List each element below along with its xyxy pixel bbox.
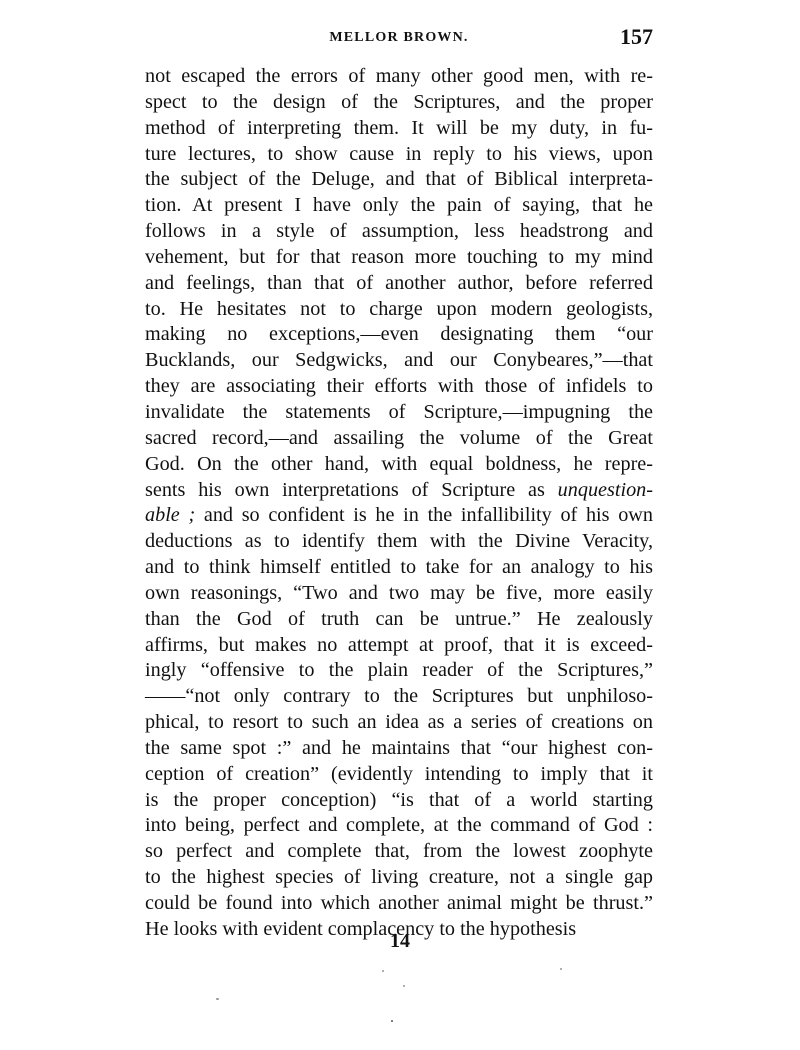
text-line: making no exceptions,—even designating t… — [145, 322, 653, 348]
text-line: follows in a style of assumption, less h… — [145, 219, 653, 245]
signature-mark: 14 — [0, 930, 800, 953]
text-line: ——“not only contrary to the Scriptures b… — [145, 684, 653, 710]
text-line: tion. At present I have only the pain of… — [145, 193, 653, 219]
text-line: ture lectures, to show cause in reply to… — [145, 142, 653, 168]
text-line: Bucklands, our Sedgwicks, and our Conybe… — [145, 348, 653, 374]
scan-speck — [391, 1020, 393, 1022]
text-line: deductions as to identify them with the … — [145, 529, 653, 555]
text-line: not escaped the errors of many other goo… — [145, 64, 653, 90]
text-line: is the proper conception) “is that of a … — [145, 788, 653, 814]
text-line: God. On the other hand, with equal boldn… — [145, 452, 653, 478]
text-line: into being, perfect and complete, at the… — [145, 813, 653, 839]
text-line: spect to the design of the Scriptures, a… — [145, 90, 653, 116]
italic-emphasis: able ; — [145, 504, 195, 526]
scan-speck — [216, 998, 219, 1000]
text-line: and to think himself entitled to take fo… — [145, 555, 653, 581]
text-line: so perfect and complete that, from the l… — [145, 839, 653, 865]
text-line: they are associating their efforts with … — [145, 374, 653, 400]
text-line: ception of creation” (evidently intendin… — [145, 762, 653, 788]
text-line: sents his own interpretations of Scriptu… — [145, 478, 653, 504]
text-line: the subject of the Deluge, and that of B… — [145, 167, 653, 193]
text-line: to. He hesitates not to charge upon mode… — [145, 297, 653, 323]
italic-emphasis: unquestion- — [558, 479, 653, 501]
text-line: own reasonings, “Two and two may be five… — [145, 581, 653, 607]
text-line: the same spot :” and he maintains that “… — [145, 736, 653, 762]
text-line: phical, to resort to such an idea as a s… — [145, 710, 653, 736]
running-head: MELLOR BROWN. — [145, 30, 653, 46]
text-line: could be found into which another animal… — [145, 891, 653, 917]
text-line: to the highest species of living creatur… — [145, 865, 653, 891]
text-line: than the God of truth can be untrue.” He… — [145, 607, 653, 633]
text-line: able ; and so confident is he in the inf… — [145, 503, 653, 529]
text-line: and feelings, than that of another autho… — [145, 271, 653, 297]
scan-speck — [382, 970, 384, 972]
text-line: invalidate the statements of Scripture,—… — [145, 400, 653, 426]
page-header: MELLOR BROWN. 157 — [145, 24, 653, 54]
text-line: method of interpreting them. It will be … — [145, 116, 653, 142]
body-text: not escaped the errors of many other goo… — [145, 64, 653, 943]
text-line: sacred record,—and assailing the volume … — [145, 426, 653, 452]
page-number: 157 — [620, 24, 653, 50]
text-line: affirms, but makes no attempt at proof, … — [145, 633, 653, 659]
scan-speck — [560, 968, 562, 970]
scan-speck — [403, 985, 405, 987]
text-line: vehement, but for that reason more touch… — [145, 245, 653, 271]
text-line: ingly “offensive to the plain reader of … — [145, 658, 653, 684]
